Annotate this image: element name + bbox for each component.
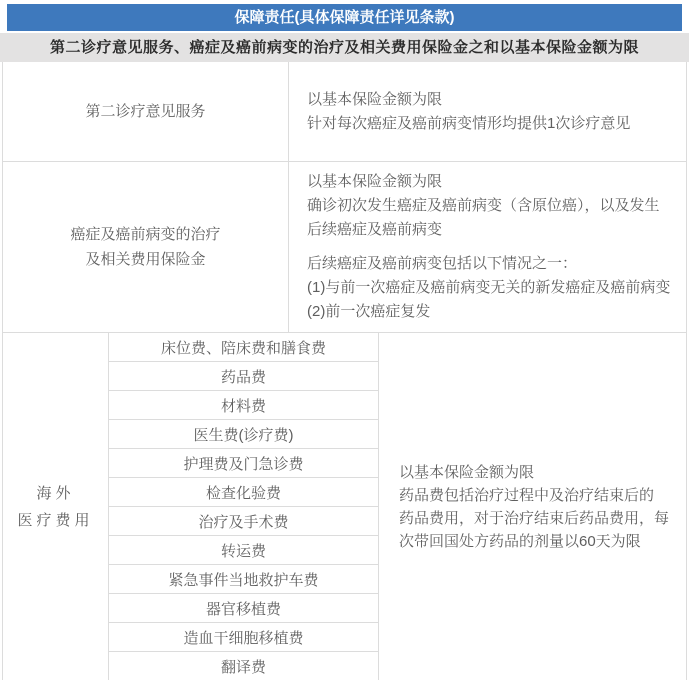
expense-item-label: 翻译费 — [221, 656, 266, 677]
expense-item-label: 护理费及门急诊费 — [183, 453, 303, 474]
second-opinion-label: 第二诊疗意见服务 — [85, 99, 205, 124]
cancer-benefit-paragraph-2: 后续癌症及癌前病变包括以下情况之一： (1)与前一次癌症及癌前病变无关的新发癌症… — [307, 252, 676, 324]
expense-item-organ-transplant-fee: 器官移植费 — [109, 594, 378, 623]
second-opinion-label-cell: 第二诊疗意见服务 — [3, 62, 289, 161]
coverage-subtitle-bar: 第二诊疗意见服务、癌症及癌前病变的治疗及相关费用保险金之和以基本保险金额为限 — [0, 33, 689, 62]
overseas-label-line-2: 医疗费用 — [17, 507, 93, 534]
second-opinion-detail-cell: 以基本保险金额为限 针对每次癌症及癌前病变情形均提供1次诊疗意见 — [289, 62, 686, 161]
second-opinion-line-1: 以基本保险金额为限 — [307, 88, 676, 112]
overseas-expense-item-list: 床位费、陪床费和膳食费 药品费 材料费 医生费(诊疗费) 护理费及门急诊费 检查… — [109, 333, 379, 680]
expense-item-material-fee: 材料费 — [109, 391, 378, 420]
overseas-note-cell: 以基本保险金额为限 药品费包括治疗过程中及治疗结束后的 药品费用，对于治疗结束后… — [379, 333, 686, 680]
cancer-benefit-label-cell: 癌症及癌前病变的治疗 及相关费用保险金 — [3, 162, 289, 332]
expense-item-nursing-fee: 护理费及门急诊费 — [109, 449, 378, 478]
overseas-note-line-4: 次带回国处方药品的剂量以60天为限 — [399, 530, 678, 553]
expense-item-bed-fee: 床位费、陪床费和膳食费 — [109, 333, 378, 362]
cancer-benefit-label-line-2: 及相关费用保险金 — [85, 247, 205, 272]
cancer-benefit-p2-line-3: (2)前一次癌症复发 — [307, 300, 676, 324]
cancer-benefit-p2-line-2: (1)与前一次癌症及癌前病变无关的新发癌症及癌前病变 — [307, 276, 676, 300]
row-second-opinion-service: 第二诊疗意见服务 以基本保险金额为限 针对每次癌症及癌前病变情形均提供1次诊疗意… — [3, 62, 686, 162]
expense-item-translation-fee: 翻译费 — [109, 652, 378, 680]
cancer-benefit-p1-line-3: 后续癌症及癌前病变 — [307, 218, 676, 242]
expense-item-doctor-fee: 医生费(诊疗费) — [109, 420, 378, 449]
expense-item-examination-fee: 检查化验费 — [109, 478, 378, 507]
cancer-benefit-p1-line-1: 以基本保险金额为限 — [307, 170, 676, 194]
overseas-note-line-3: 药品费用，对于治疗结束后药品费用，每 — [399, 507, 678, 530]
overseas-label-cell: 海外 医疗费用 — [3, 333, 109, 680]
overseas-note-line-1: 以基本保险金额为限 — [399, 461, 678, 484]
expense-item-label: 检查化验费 — [206, 482, 281, 503]
expense-item-label: 转运费 — [221, 540, 266, 561]
expense-item-label: 造血干细胞移植费 — [183, 627, 303, 648]
cancer-benefit-paragraph-1: 以基本保险金额为限 确诊初次发生癌症及癌前病变（含原位癌），以及发生 后续癌症及… — [307, 170, 676, 242]
expense-item-label: 药品费 — [221, 366, 266, 387]
coverage-subtitle-text: 第二诊疗意见服务、癌症及癌前病变的治疗及相关费用保险金之和以基本保险金额为限 — [50, 39, 639, 56]
cancer-benefit-label-line-1: 癌症及癌前病变的治疗 — [70, 222, 220, 247]
expense-item-medicine-fee: 药品费 — [109, 362, 378, 391]
expense-item-label: 床位费、陪床费和膳食费 — [161, 337, 326, 358]
cancer-benefit-p2-line-1: 后续癌症及癌前病变包括以下情况之一： — [307, 252, 676, 276]
overseas-note-line-2: 药品费包括治疗过程中及治疗结束后的 — [399, 484, 678, 507]
row-cancer-treatment-benefit: 癌症及癌前病变的治疗 及相关费用保险金 以基本保险金额为限 确诊初次发生癌症及癌… — [3, 162, 686, 333]
expense-item-ambulance-fee: 紧急事件当地救护车费 — [109, 565, 378, 594]
row-overseas-medical-expenses: 海外 医疗费用 床位费、陪床费和膳食费 药品费 材料费 医生费(诊疗费) 护理费… — [3, 333, 686, 680]
coverage-title-text: 保障责任(具体保障责任详见条款) — [235, 9, 455, 26]
overseas-label-line-1: 海外 — [36, 480, 74, 507]
expense-item-label: 紧急事件当地救护车费 — [168, 569, 318, 590]
expense-item-label: 医生费(诊疗费) — [194, 424, 294, 445]
coverage-title-bar: 保障责任(具体保障责任详见条款) — [7, 4, 682, 31]
coverage-table: 第二诊疗意见服务 以基本保险金额为限 针对每次癌症及癌前病变情形均提供1次诊疗意… — [2, 62, 687, 680]
cancer-benefit-p1-line-2: 确诊初次发生癌症及癌前病变（含原位癌），以及发生 — [307, 194, 676, 218]
expense-item-label: 器官移植费 — [206, 598, 281, 619]
cancer-benefit-detail-cell: 以基本保险金额为限 确诊初次发生癌症及癌前病变（含原位癌），以及发生 后续癌症及… — [289, 162, 686, 332]
expense-item-treatment-surgery-fee: 治疗及手术费 — [109, 507, 378, 536]
second-opinion-line-2: 针对每次癌症及癌前病变情形均提供1次诊疗意见 — [307, 112, 676, 136]
expense-item-label: 治疗及手术费 — [198, 511, 288, 532]
expense-item-transfer-fee: 转运费 — [109, 536, 378, 565]
expense-item-stem-cell-transplant-fee: 造血干细胞移植费 — [109, 623, 378, 652]
expense-item-label: 材料费 — [221, 395, 266, 416]
